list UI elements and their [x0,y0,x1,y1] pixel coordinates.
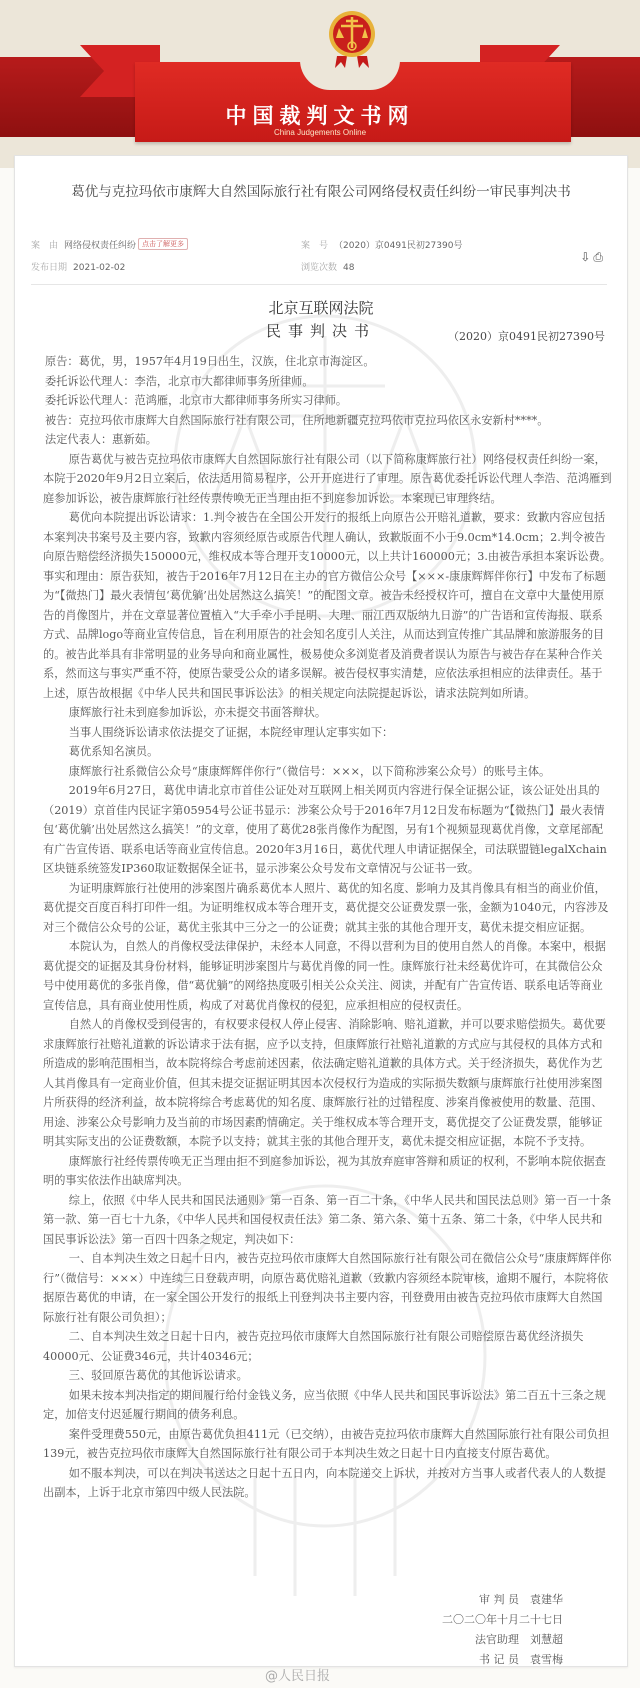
court-name: 北京互联网法院 [15,297,627,318]
weibo-watermark: @人民日报 [265,1665,330,1684]
verdict-item: 三、驳回原告葛优的其他诉讼请求。 [43,1366,613,1386]
paragraph: 当事人围绕诉讼请求依法提交了证据，本院经审理认定事实如下： [43,723,613,743]
paragraph: 2019年6月27日，葛优申请北京市首佳公证处对互联网上相关网页内容进行保全证据… [43,781,613,879]
verdict-item: 二、自本判决生效之日起十日内，被告克拉玛依市康辉大自然国际旅行社有限公司赔偿原告… [43,1327,613,1366]
paragraph: 本院认为，自然人的肖像权受法律保护，未经本人同意，不得以营利为目的使用自然人的肖… [43,937,613,1015]
publish-date-value: 2021-02-02 [73,263,125,273]
paragraph: 自然人的肖像权受到侵害的，有权要求侵权人停止侵害、消除影响、赔礼道歉，并可以要求… [43,1015,613,1152]
case-number: （2020）京0491民初27390号 [448,328,605,344]
document-meta: 案 由网络侵权责任纠纷点击了解更多 案 号（2020）京0491民初27390号… [31,238,607,285]
cause-value: 网络侵权责任纠纷 [64,241,136,251]
view-count-label: 浏览次数 [301,263,337,273]
publish-date-label: 发布日期 [31,263,67,273]
view-count-value: 48 [343,263,354,273]
paragraph: 原告葛优与被告克拉玛依市康辉大自然国际旅行社有限公司（以下简称康辉旅行社）网络侵… [43,450,613,509]
paragraph: 案件受理费550元，由原告葛优负担411元（已交纳），由被告克拉玛依市康辉大自然… [43,1425,613,1464]
paragraph: 葛优向本院提出诉讼请求：1.判令被告在全国公开发行的报纸上向原告公开赔礼道歉，要… [43,508,613,703]
paragraph: 如果未按本判决指定的期间履行给付金钱义务，应当依照《中华人民共和国民事诉讼法》第… [43,1386,613,1425]
meta-case-no: 案 号（2020）京0491民初27390号 [301,238,462,251]
learn-more-button[interactable]: 点击了解更多 [138,238,188,250]
site-subtitle: China Judgements Online [0,128,640,137]
party-line: 被告：克拉玛依市康辉大自然国际旅行社有限公司，住所地新疆克拉玛依市克拉玛依区永安… [43,411,613,431]
meta-cause: 案 由网络侵权责任纠纷点击了解更多 [31,238,188,251]
clerk-line: 书 记 员 袁雪梅 [442,1650,563,1670]
party-line: 法定代表人：惠新茹。 [43,430,613,450]
judgment-card: 葛优与克拉玛依市康辉大自然国际旅行社有限公司网络侵权责任纠纷一审民事判决书 案 … [14,155,628,1667]
court-emblem-icon [327,8,377,70]
document-actions: ⇩⎙ [577,250,603,265]
print-icon[interactable]: ⎙ [593,250,603,264]
document-title: 葛优与克拉玛依市康辉大自然国际旅行社有限公司网络侵权责任纠纷一审民事判决书 [15,180,627,200]
judge-line: 审 判 员 袁建华 [442,1590,563,1610]
paragraph: 葛优系知名演员。 [43,742,613,762]
cause-label: 案 由 [31,241,58,251]
verdict-item: 一、自本判决生效之日起十日内，被告克拉玛依市康辉大自然国际旅行社有限公司在微信公… [43,1249,613,1327]
download-icon[interactable]: ⇩ [580,250,590,264]
judgment-body: 原告：葛优，男，1957年4月19日出生，汉族，住北京市海淀区。 委托诉讼代理人… [43,352,613,1503]
party-line: 委托诉讼代理人：范鸿雁，北京市大都律师事务所实习律师。 [43,391,613,411]
paragraph: 综上，依照《中华人民共和国民法通则》第一百条、第一百二十条，《中华人民共和国民法… [43,1191,613,1250]
site-title: 中国裁判文书网 [0,100,640,130]
meta-view-count: 浏览次数48 [301,260,354,273]
judgment-date: 二〇二〇年十月二十七日 [442,1610,563,1630]
paragraph: 康辉旅行社未到庭参加诉讼，亦未提交书面答辩状。 [43,703,613,723]
case-no-label: 案 号 [301,241,328,251]
paragraph: 为证明康辉旅行社使用的涉案图片确系葛优本人照片、葛优的知名度、影响力及其肖像具有… [43,879,613,938]
judge-assistant-line: 法官助理 刘慧超 [442,1630,563,1650]
signoff-block: 审 判 员 袁建华 二〇二〇年十月二十七日 法官助理 刘慧超 书 记 员 袁雪梅 [442,1590,563,1670]
paragraph: 如不服本判决，可以在判决书送达之日起十五日内，向本院递交上诉状，并按对方当事人或… [43,1464,613,1503]
meta-publish-date: 发布日期2021-02-02 [31,260,125,273]
party-line: 委托诉讼代理人：李浩，北京市大都律师事务所律师。 [43,372,613,392]
party-line: 原告：葛优，男，1957年4月19日出生，汉族，住北京市海淀区。 [43,352,613,372]
case-no-value: （2020）京0491民初27390号 [334,241,462,251]
paragraph: 康辉旅行社系微信公众号“康康辉辉伴你行”（微信号：×××，以下简称涉案公众号）的… [43,762,613,782]
site-header-banner: 中国裁判文书网 China Judgements Online [0,0,640,168]
paragraph: 康辉旅行社经传票传唤无正当理由拒不到庭参加诉讼，视为其放弃庭审答辩和质证的权利，… [43,1152,613,1191]
